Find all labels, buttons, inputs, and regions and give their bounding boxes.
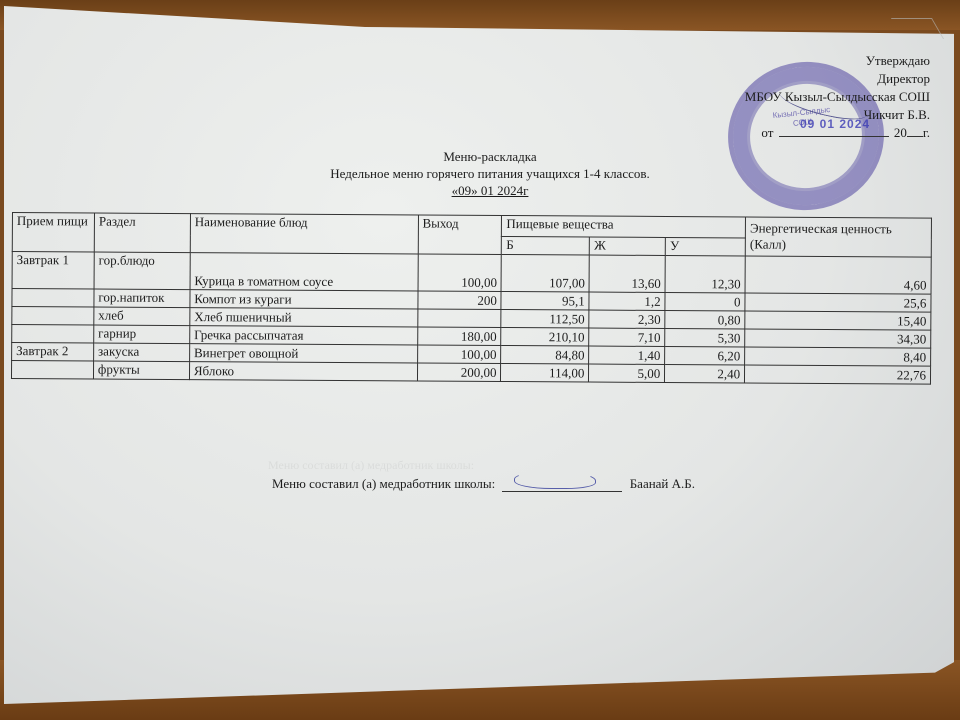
cell-meal	[12, 289, 94, 308]
cell-section: гарнир	[94, 325, 190, 344]
cell-yield: 100,00	[418, 254, 502, 292]
cell-protein: 112,50	[501, 309, 589, 328]
cell-fat: 2,30	[589, 310, 665, 328]
cell-energy: 4,60	[745, 256, 931, 294]
cell-section: закуска	[94, 343, 190, 362]
cell-yield: 180,00	[417, 327, 501, 346]
cell-meal	[12, 307, 94, 326]
cell-energy: 34,30	[745, 329, 931, 348]
date-year-suffix: г.	[923, 125, 930, 140]
cell-dish: Курица в томатном соусе	[190, 253, 418, 291]
header-energy: Энергетическая ценность (Калл)	[745, 217, 931, 257]
cell-yield: 200	[417, 291, 501, 310]
cell-meal	[11, 361, 93, 380]
menu-table: Прием пищи Раздел Наименование блюд Выхо…	[11, 212, 932, 385]
cell-carbs: 12,30	[665, 255, 745, 292]
header-fat: Ж	[590, 237, 666, 255]
header-dish: Наименование блюд	[190, 214, 418, 254]
cell-meal: Завтрак 1	[12, 252, 94, 289]
document-title: Меню-раскладка	[300, 148, 680, 165]
year-blank	[907, 136, 923, 137]
cell-fat: 5,00	[589, 364, 665, 382]
cell-dish: Гречка рассыпчатая	[190, 326, 418, 345]
header-carbs: У	[665, 237, 745, 255]
compiled-by-name: Баанай А.Б.	[630, 476, 695, 491]
document-subtitle: Недельное меню горячего питания учащихся…	[300, 165, 680, 182]
cell-carbs: 5,30	[665, 328, 745, 346]
cell-dish: Хлеб пшеничный	[190, 308, 418, 327]
cell-section: хлеб	[94, 307, 190, 326]
approval-line-position: Директор	[745, 70, 930, 88]
date-blank	[779, 136, 889, 137]
cell-protein: 95,1	[501, 291, 589, 310]
date-prefix: от	[761, 125, 773, 140]
cell-section: фрукты	[93, 361, 189, 380]
cell-yield: 200,00	[417, 363, 501, 382]
date-year-prefix: 20	[894, 125, 907, 140]
menu-table-body: Завтрак 1гор.блюдоКурица в томатном соус…	[11, 252, 931, 385]
document-date: «09» 01 2024г	[300, 182, 680, 199]
header-protein: Б	[502, 236, 590, 255]
cell-carbs: 0,80	[665, 310, 745, 328]
header-section: Раздел	[94, 213, 190, 253]
compiled-by-label: Меню составил (а) медработник школы:	[272, 476, 495, 491]
approval-line-approve: Утверждаю	[745, 52, 930, 70]
cell-fat: 1,2	[589, 292, 665, 310]
cell-section: гор.блюдо	[94, 252, 190, 290]
cell-dish: Компот из кураги	[190, 290, 418, 309]
cell-protein: 210,10	[501, 327, 589, 346]
header-nutrients: Пищевые вещества	[502, 215, 746, 237]
cell-protein: 114,00	[501, 363, 589, 382]
date-stamp: 09 01 2024	[800, 117, 870, 131]
cell-carbs: 6,20	[665, 346, 745, 364]
cell-carbs: 2,40	[665, 364, 745, 382]
show-through-text: Меню составил (а) медработник школы:	[268, 458, 474, 473]
cell-protein: 107,00	[501, 254, 589, 292]
cell-fat: 7,10	[589, 328, 665, 346]
document-heading: Меню-раскладка Недельное меню горячего п…	[300, 148, 680, 199]
cell-energy: 15,40	[745, 311, 931, 330]
cell-energy: 8,40	[745, 347, 931, 366]
signature-line	[502, 477, 622, 492]
header-yield: Выход	[418, 215, 502, 255]
cell-yield: 100,00	[417, 345, 501, 364]
cell-energy: 22,76	[745, 365, 931, 384]
cell-meal	[12, 325, 94, 344]
cell-dish: Винегрет овощной	[189, 344, 417, 363]
cell-carbs: 0	[665, 292, 745, 310]
cell-protein: 84,80	[501, 345, 589, 364]
header-meal: Прием пищи	[12, 213, 94, 252]
cell-meal: Завтрак 2	[12, 343, 94, 362]
approval-line-school: МБОУ Кызыл-Сылдысская СОШ	[745, 88, 930, 106]
cell-dish: Яблоко	[189, 362, 417, 381]
cell-yield	[417, 309, 501, 328]
table-row: Завтрак 1гор.блюдоКурица в томатном соус…	[12, 252, 931, 295]
signature-icon	[514, 471, 596, 489]
cell-fat: 13,60	[589, 255, 665, 292]
cell-section: гор.напиток	[94, 289, 190, 308]
cell-energy: 25,6	[745, 293, 931, 312]
cell-fat: 1,40	[589, 346, 665, 364]
compiled-by-line: Меню составил (а) медработник школы: Баа…	[272, 476, 695, 492]
